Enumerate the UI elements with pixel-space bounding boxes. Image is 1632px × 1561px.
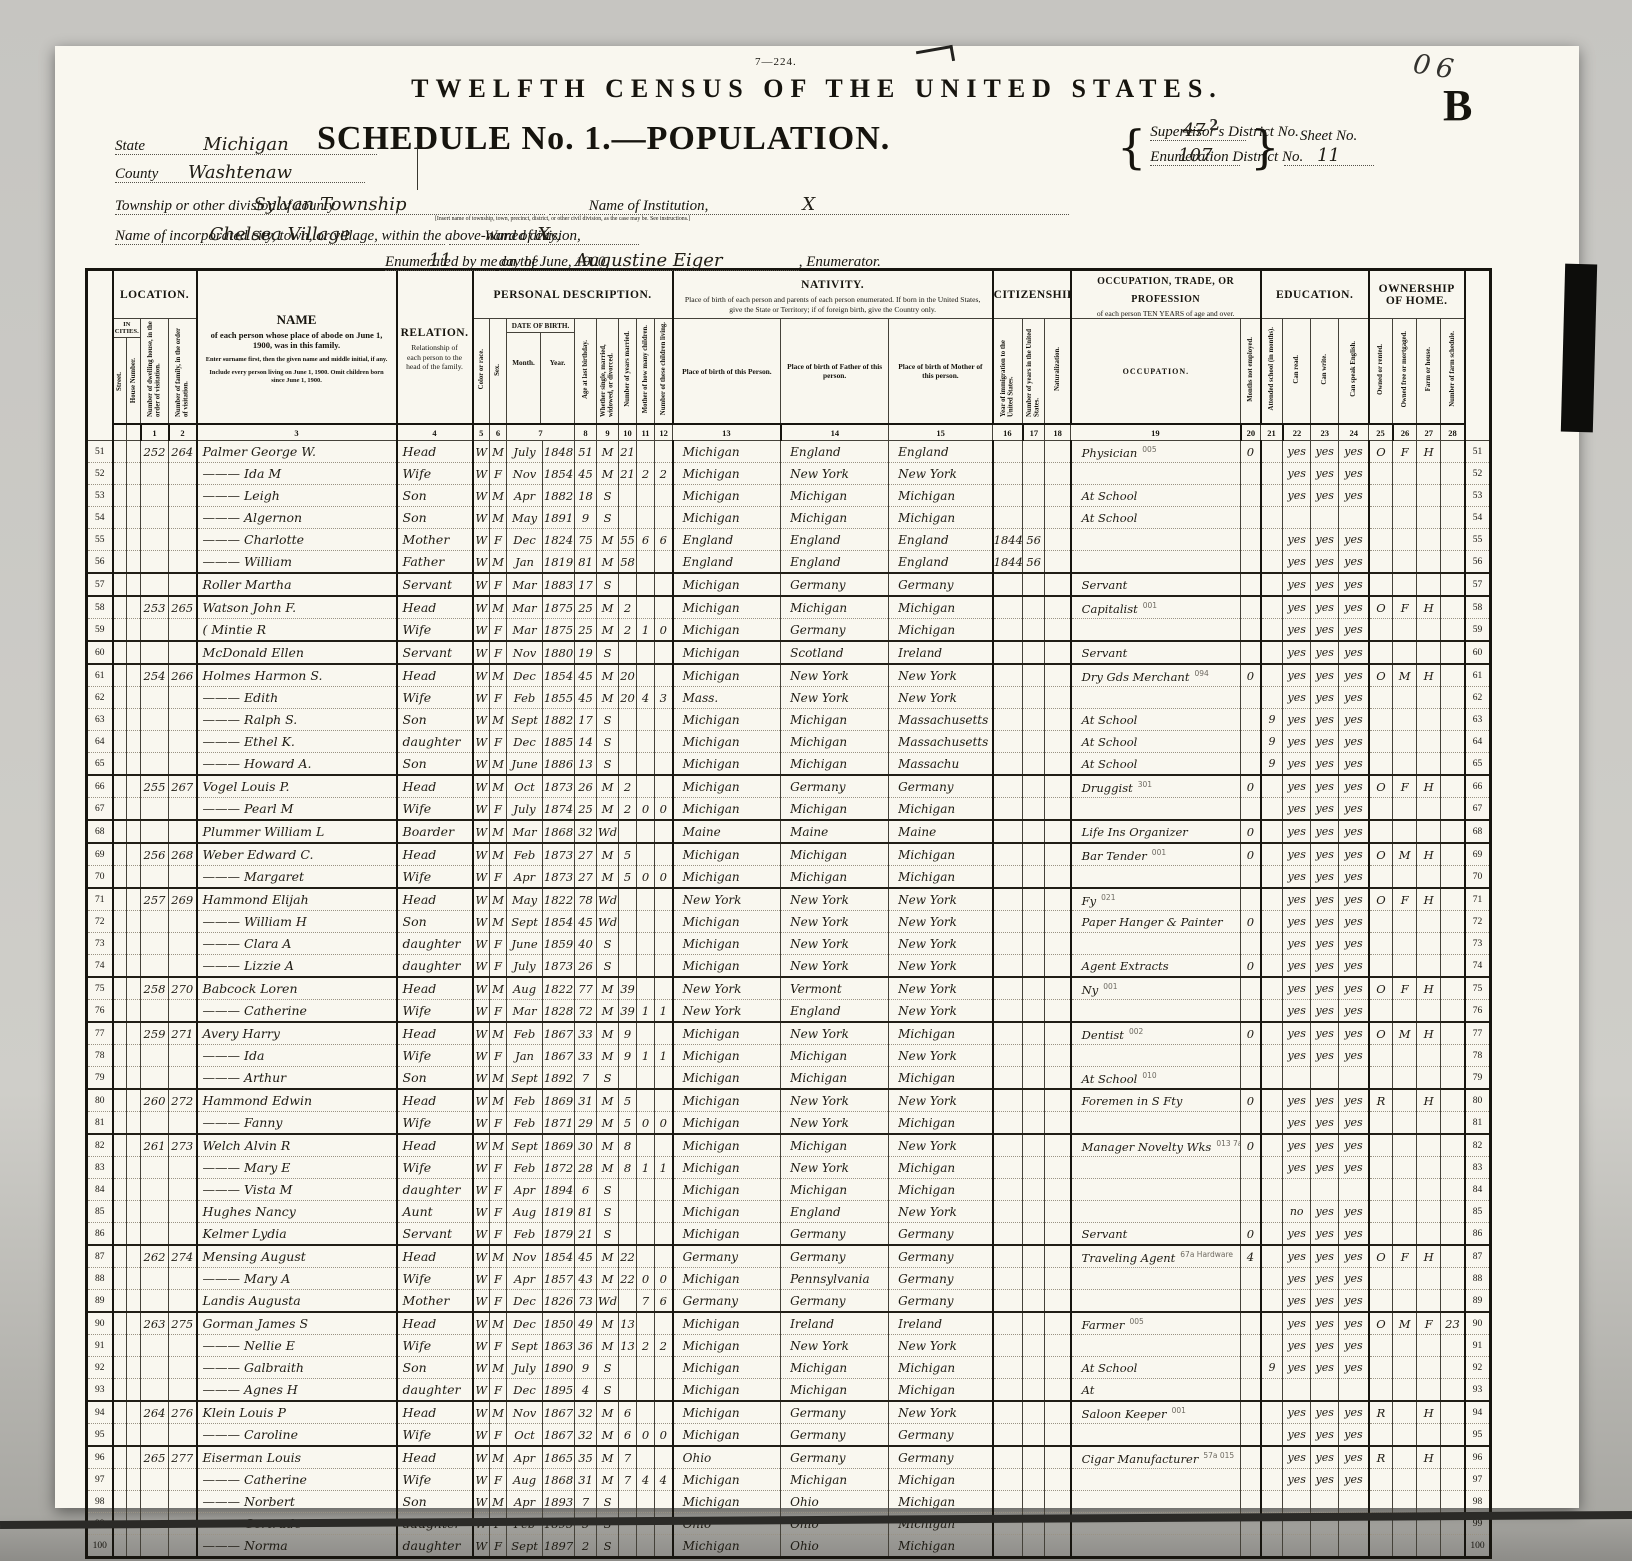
cell-sex: M [490,1022,507,1045]
cell-marital-status: M [597,1089,619,1112]
cell-farm-or-house [1417,798,1441,821]
cell-relation: Head [397,441,473,463]
cell-years-in-us [1023,1245,1045,1268]
cell-name: ——— Fanny [197,1112,397,1135]
cell-street [113,441,127,463]
cell-marital-status: M [597,1424,619,1447]
cell-marital-status: M [597,1022,619,1045]
column-number: 7 [507,424,575,441]
cell-free-or-mortgaged [1393,1000,1417,1023]
cell-pob: Michigan [673,619,781,642]
cell-marital-status: M [597,1045,619,1067]
cell-immigration-year [993,1535,1023,1558]
cell-immigration-year [993,507,1023,529]
column-number: 11 [637,424,655,441]
cell-farm-schedule [1441,1491,1465,1513]
cell-birth-month: Feb [507,1223,543,1246]
cell-can-read: yes [1283,1045,1311,1067]
cell-mother-of-children [637,507,655,529]
cell-naturalization [1045,1312,1071,1335]
cell-can-read [1283,1067,1311,1090]
census-sheet: 7—224. 06 B TWELFTH CENSUS OF THE UNITED… [55,46,1579,1508]
cell-name: ——— Howard A. [197,753,397,776]
cell-relation: Head [397,775,473,798]
col-header-occupation: OCCUPATION. [1071,319,1241,425]
cell-pob: Michigan [673,866,781,889]
cell-relation: Head [397,1245,473,1268]
cell-dwelling-number [141,1469,169,1491]
cell-pob: Michigan [673,1089,781,1112]
cell-house-number [127,775,141,798]
cell-dwelling-number [141,820,169,843]
cell-birth-month: May [507,888,543,911]
cell-name: ——— Edith [197,687,397,709]
cell-can-write: yes [1311,1089,1339,1112]
cell-months-not-employed [1241,619,1261,642]
cell-family-number: 270 [169,977,197,1000]
cell-owned-or-rented [1369,463,1393,485]
cell-farm-schedule [1441,1022,1465,1045]
cell-street [113,1179,127,1201]
cell-dwelling-number: 262 [141,1245,169,1268]
cell-name: ——— Leigh [197,485,397,507]
cell-family-number [169,1112,197,1135]
cell-dwelling-number: 259 [141,1022,169,1045]
cell-naturalization [1045,709,1071,731]
cell-age: 25 [575,798,597,821]
cell-naturalization [1045,977,1071,1000]
cell-months-not-employed [1241,529,1261,551]
cell-mother-of-children [637,843,655,866]
cell-children-living [655,933,673,955]
cell-birth-year: 1891 [543,507,575,529]
cell-street [113,1045,127,1067]
cell-relation: Wife [397,463,473,485]
cell-marital-status: M [597,1335,619,1357]
cell-years-in-us [1023,1401,1045,1424]
cell-street [113,619,127,642]
cell-mother-of-children [637,820,655,843]
cell-can-read: yes [1283,1335,1311,1357]
cell-pob-mother: Germany [889,1424,993,1447]
table-row: 66255267Vogel Louis P.HeadWMOct187326M2M… [87,775,1491,798]
cell-mother-of-children [637,753,655,776]
cell-can-write: yes [1311,866,1339,889]
cell-can-speak-english: yes [1339,1201,1369,1223]
cell-birth-year: 1872 [543,1157,575,1179]
row-number-left: 54 [87,507,113,529]
cell-can-read: yes [1283,1357,1311,1379]
row-number-left: 62 [87,687,113,709]
cell-house-number [127,933,141,955]
table-row: 56——— WilliamFatherWMJan181981M58England… [87,551,1491,574]
cell-mother-of-children [637,977,655,1000]
row-number-left: 55 [87,529,113,551]
cell-name: ——— Lizzie A [197,955,397,978]
cell-sex: F [490,619,507,642]
occupation-text: At [1082,1383,1095,1397]
row-number-left: 94 [87,1401,113,1424]
cell-color: W [473,596,490,619]
occupation-text: Fy [1082,893,1096,907]
table-row: 59( Mintie RWifeWFMar187525M210MichiganG… [87,619,1491,642]
cell-color: W [473,977,490,1000]
cell-farm-or-house: F [1417,1312,1441,1335]
cell-can-read: yes [1283,1469,1311,1491]
cell-family-number [169,551,197,574]
cell-birth-month: Dec [507,1312,543,1335]
cell-owned-or-rented [1369,507,1393,529]
column-number: 19 [1071,424,1241,441]
cell-name: ——— Catherine [197,1469,397,1491]
cell-farm-or-house: H [1417,1089,1441,1112]
cell-farm-schedule [1441,463,1465,485]
cell-dwelling-number: 256 [141,843,169,866]
cell-school-months [1261,1290,1283,1313]
cell-years-married [619,820,637,843]
cell-color: W [473,888,490,911]
table-row: 57Roller MarthaServantWFMar188317SMichig… [87,573,1491,596]
cell-family-number: 264 [169,441,197,463]
row-number-left: 53 [87,485,113,507]
cell-marital-status: S [597,753,619,776]
row-number-right: 93 [1465,1379,1491,1402]
cell-house-number [127,1535,141,1558]
cell-free-or-mortgaged [1393,573,1417,596]
cell-years-married: 8 [619,1134,637,1157]
cell-name: ——— Charlotte [197,529,397,551]
cell-marital-status: M [597,1245,619,1268]
cell-age: 14 [575,731,597,753]
cell-marital-status: S [597,507,619,529]
cell-relation: Son [397,1067,473,1090]
cell-pob: Michigan [673,1268,781,1290]
cell-occupation [1071,1179,1241,1201]
cell-free-or-mortgaged [1393,1067,1417,1090]
cell-can-write: yes [1311,1335,1339,1357]
cell-can-write: yes [1311,1000,1339,1023]
cell-naturalization [1045,1535,1071,1558]
cell-birth-year: 1867 [543,1022,575,1045]
table-row: 58253265Watson John F.HeadWMMar187525M2M… [87,596,1491,619]
cell-pob: Michigan [673,573,781,596]
cell-relation: daughter [397,731,473,753]
cell-immigration-year [993,1446,1023,1469]
group-name: NAME of each person whose place of abode… [197,270,397,425]
cell-farm-or-house [1417,1491,1441,1513]
cell-name: Plummer William L [197,820,397,843]
cell-can-read: yes [1283,1134,1311,1157]
cell-birth-year: 1885 [543,731,575,753]
cell-marital-status: S [597,485,619,507]
cell-farm-schedule [1441,977,1465,1000]
cell-pob-father: Michigan [781,1045,889,1067]
table-row: 88——— Mary AWifeWFApr185743M2200Michigan… [87,1268,1491,1290]
table-row: 83——— Mary EWifeWFFeb187228M811MichiganN… [87,1157,1491,1179]
cell-children-living [655,1201,673,1223]
cell-immigration-year [993,1335,1023,1357]
cell-pob-mother: New York [889,664,993,687]
cell-years-married [619,933,637,955]
occupation-text: At School [1082,713,1138,727]
cell-age: 43 [575,1268,597,1290]
cell-dwelling-number: 255 [141,775,169,798]
column-number: 23 [1311,424,1339,441]
row-number-right: 65 [1465,753,1491,776]
cell-occupation: Saloon Keeper001 [1071,1401,1241,1424]
cell-occupation: At School [1071,731,1241,753]
cell-pob-mother: England [889,551,993,574]
cell-color: W [473,1357,490,1379]
cell-years-in-us [1023,1379,1045,1402]
col-header-age: Age at last birthday. [575,319,597,425]
table-row: 94264276Klein Louis PHeadWMNov186732M6Mi… [87,1401,1491,1424]
cell-birth-year: 1873 [543,843,575,866]
row-number-right: 69 [1465,843,1491,866]
cell-farm-or-house [1417,1112,1441,1135]
cell-birth-month: July [507,441,543,463]
cell-name: Hughes Nancy [197,1201,397,1223]
cell-occupation: Farmer005 [1071,1312,1241,1335]
cell-can-read: yes [1283,1157,1311,1179]
occupation-code: 005 [1129,1317,1143,1326]
row-number-right: 64 [1465,731,1491,753]
cell-months-not-employed: 0 [1241,955,1261,978]
cell-can-write: yes [1311,1268,1339,1290]
cell-mother-of-children [637,1201,655,1223]
cell-school-months [1261,687,1283,709]
cell-pob-father: Michigan [781,709,889,731]
cell-relation: daughter [397,933,473,955]
cell-mother-of-children [637,888,655,911]
cell-can-write [1311,1379,1339,1402]
city-field: Name of incorporated city, town, or vill… [115,228,639,249]
cell-family-number: 266 [169,664,197,687]
cell-years-in-us [1023,1201,1045,1223]
cell-street [113,933,127,955]
occupation-code: 001 [1103,982,1117,991]
cell-farm-schedule [1441,1424,1465,1447]
cell-sex: F [490,731,507,753]
cell-color: W [473,441,490,463]
cell-can-write: yes [1311,798,1339,821]
column-number: 16 [993,424,1023,441]
cell-street [113,1201,127,1223]
cell-free-or-mortgaged [1393,753,1417,776]
cell-pob-mother: New York [889,1201,993,1223]
cell-farm-or-house [1417,709,1441,731]
supervisor-district-value: 47 [1183,120,1206,141]
cell-house-number [127,820,141,843]
cell-mother-of-children [637,551,655,574]
cell-family-number [169,687,197,709]
cell-family-number: 265 [169,596,197,619]
cell-can-read: yes [1283,843,1311,866]
cell-can-speak-english: yes [1339,1000,1369,1023]
table-row: 76——— CatherineWifeWFMar182872M3911New Y… [87,1000,1491,1023]
cell-can-write: yes [1311,1045,1339,1067]
county-field: County Washtenaw [115,166,365,187]
row-number-right: 62 [1465,687,1491,709]
cell-pob: Michigan [673,1469,781,1491]
cell-color: W [473,1401,490,1424]
cell-farm-or-house [1417,955,1441,978]
enumeration-district-value: 107 [1178,145,1212,166]
cell-pob: Michigan [673,1112,781,1135]
cell-farm-or-house [1417,1469,1441,1491]
cell-birth-month: Nov [507,1401,543,1424]
cell-mother-of-children: 4 [637,1469,655,1491]
cell-pob-father: Vermont [781,977,889,1000]
cell-farm-or-house [1417,1268,1441,1290]
cell-school-months: 9 [1261,709,1283,731]
cell-pob-mother: Michigan [889,798,993,821]
cell-street [113,1446,127,1469]
row-number-right: 59 [1465,619,1491,642]
cell-house-number [127,753,141,776]
cell-marital-status: M [597,551,619,574]
cell-pob-father: England [781,1000,889,1023]
cell-can-write: yes [1311,955,1339,978]
cell-pob-mother: New York [889,463,993,485]
cell-can-speak-english [1339,1491,1369,1513]
occupation-code: 001 [1172,1406,1186,1415]
cell-relation: Wife [397,1112,473,1135]
cell-dwelling-number: 263 [141,1312,169,1335]
cell-dwelling-number [141,933,169,955]
cell-pob-father: Germany [781,619,889,642]
row-number-left: 90 [87,1312,113,1335]
cell-can-write: yes [1311,551,1339,574]
cell-house-number [127,1290,141,1313]
cell-sex: M [490,1491,507,1513]
cell-years-married: 5 [619,866,637,889]
column-number: 1 [141,424,169,441]
cell-children-living [655,843,673,866]
cell-owned-or-rented: O [1369,888,1393,911]
cell-birth-year: 1897 [543,1535,575,1558]
cell-owned-or-rented: O [1369,1312,1393,1335]
cell-immigration-year [993,911,1023,933]
cell-years-married [619,1535,637,1558]
cell-relation: Head [397,596,473,619]
cell-sex: F [490,1268,507,1290]
cell-months-not-employed [1241,798,1261,821]
cell-years-married [619,573,637,596]
table-row: 98——— NorbertSonWMApr18937SMichiganOhioM… [87,1491,1491,1513]
cell-years-in-us [1023,441,1045,463]
table-row: 84——— Vista MdaughterWFApr18946SMichigan… [87,1179,1491,1201]
cell-age: 45 [575,664,597,687]
cell-naturalization [1045,551,1071,574]
cell-naturalization [1045,1112,1071,1135]
occupation-code: 67a Hardware [1180,1250,1233,1259]
cell-family-number: 268 [169,843,197,866]
cell-street [113,753,127,776]
cell-years-married [619,888,637,911]
cell-mother-of-children [637,1446,655,1469]
cell-pob-mother: Michigan [889,1179,993,1201]
cell-school-months [1261,1223,1283,1246]
cell-relation: Head [397,843,473,866]
cell-owned-or-rented: R [1369,1446,1393,1469]
cell-immigration-year [993,888,1023,911]
cell-school-months [1261,619,1283,642]
table-row: 60McDonald EllenServantWFNov188019SMichi… [87,641,1491,664]
cell-birth-year: 1850 [543,1312,575,1335]
cell-years-in-us [1023,596,1045,619]
cell-free-or-mortgaged [1393,1157,1417,1179]
column-number: 3 [197,424,397,441]
cell-years-in-us [1023,507,1045,529]
cell-family-number [169,709,197,731]
cell-marital-status: M [597,1268,619,1290]
cell-free-or-mortgaged [1393,955,1417,978]
cell-house-number [127,1179,141,1201]
cell-farm-schedule [1441,1245,1465,1268]
cell-relation: Son [397,1491,473,1513]
cell-naturalization [1045,463,1071,485]
cell-color: W [473,664,490,687]
cell-farm-or-house: H [1417,1401,1441,1424]
cell-farm-or-house [1417,753,1441,776]
cell-birth-month: Aug [507,977,543,1000]
cell-family-number [169,1491,197,1513]
cell-owned-or-rented [1369,1357,1393,1379]
cell-relation: Wife [397,866,473,889]
cell-sex: M [490,596,507,619]
cell-mother-of-children: 1 [637,1157,655,1179]
cell-age: 45 [575,1245,597,1268]
cell-relation: Servant [397,641,473,664]
cell-pob: Michigan [673,1379,781,1402]
cell-owned-or-rented [1369,1223,1393,1246]
cell-color: W [473,1469,490,1491]
cell-family-number: 267 [169,775,197,798]
row-number-right: 100 [1465,1535,1491,1558]
table-row: 67——— Pearl MWifeWFJuly187425M200Michiga… [87,798,1491,821]
cell-sex: F [490,1290,507,1313]
cell-dwelling-number [141,619,169,642]
cell-color: W [473,1245,490,1268]
cell-occupation: At School [1071,507,1241,529]
row-number-gutter-right [1465,270,1491,441]
cell-owned-or-rented [1369,731,1393,753]
cell-months-not-employed [1241,1379,1261,1402]
cell-children-living [655,911,673,933]
row-number-left: 86 [87,1223,113,1246]
cell-years-in-us [1023,1157,1045,1179]
cell-marital-status: S [597,709,619,731]
cell-can-read: yes [1283,1223,1311,1246]
occupation-code: 002 [1129,1027,1143,1036]
cell-family-number: 275 [169,1312,197,1335]
cell-pob-mother: Michigan [889,866,993,889]
cell-birth-year: 1824 [543,529,575,551]
cell-street [113,1000,127,1023]
cell-pob-father: Michigan [781,753,889,776]
cell-pob-mother: Germany [889,775,993,798]
cell-free-or-mortgaged [1393,1491,1417,1513]
cell-pob-mother: Germany [889,1268,993,1290]
cell-pob: Michigan [673,1022,781,1045]
cell-school-months [1261,1379,1283,1402]
cell-months-not-employed: 0 [1241,843,1261,866]
row-number-right: 67 [1465,798,1491,821]
occupation-text: Physician [1082,445,1138,459]
cell-months-not-employed: 0 [1241,664,1261,687]
cell-can-speak-english: yes [1339,955,1369,978]
